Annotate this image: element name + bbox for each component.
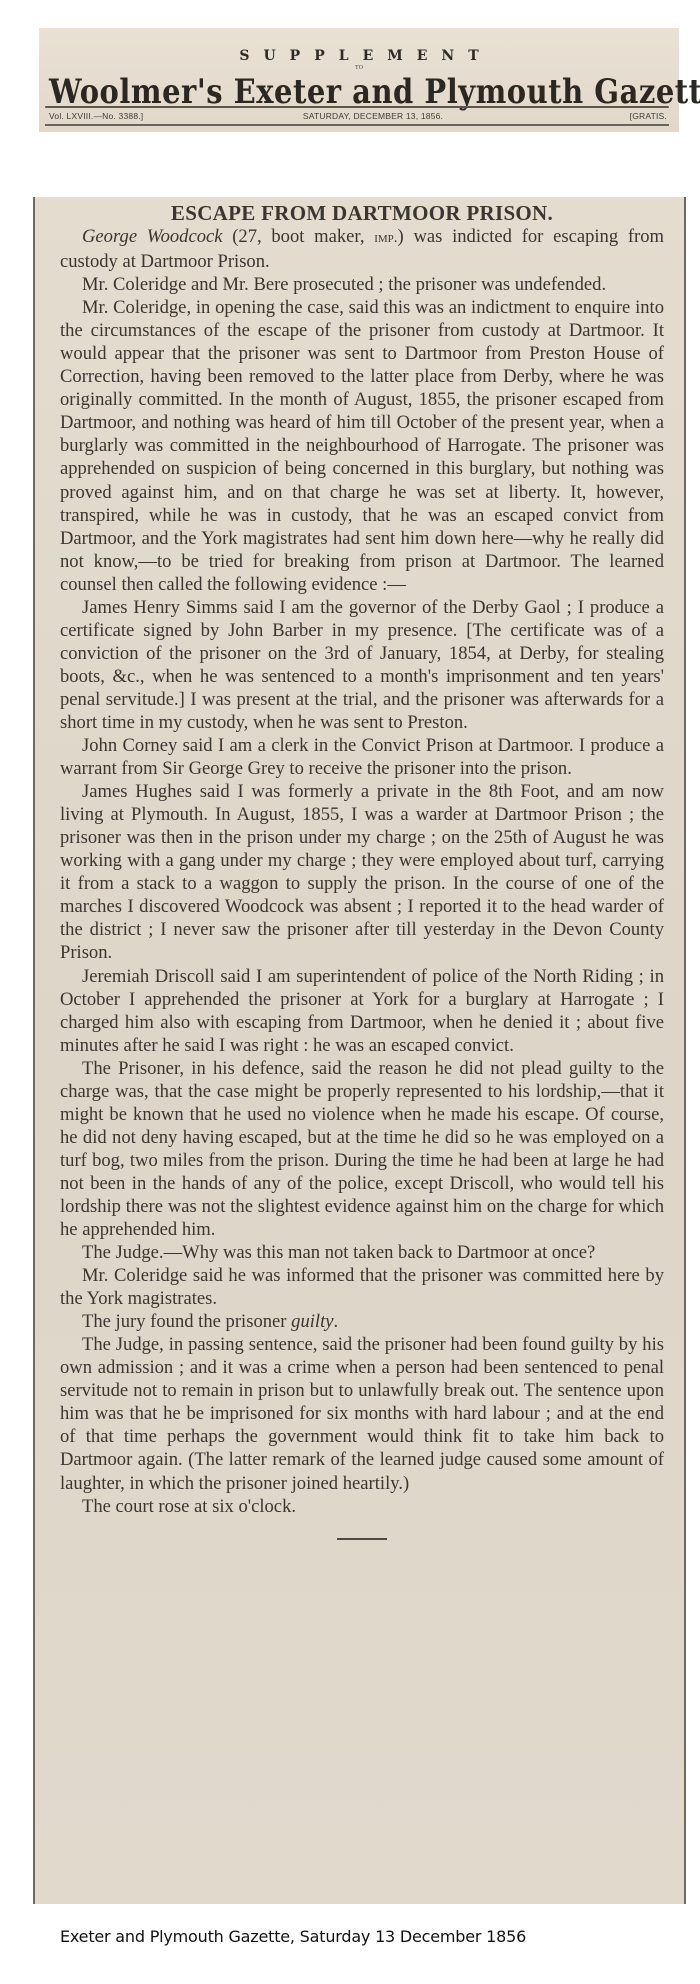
article-paragraph: The Prisoner, in his defence, said the r… xyxy=(60,1057,664,1241)
article-paragraph: Mr. Coleridge, in opening the case, said… xyxy=(60,296,664,596)
supplement-heading: SUPPLEMENT xyxy=(39,48,679,64)
supplement-to-label: TO xyxy=(39,65,679,71)
article-title: ESCAPE FROM DARTMOOR PRISON. xyxy=(60,200,664,225)
paragraph-text: The jury found the prisoner xyxy=(82,1311,291,1332)
price-label: [GRATIS. xyxy=(597,111,667,121)
article-paragraph: Mr. Coleridge said he was informed that … xyxy=(60,1264,664,1310)
article-paragraph: The Judge.—Why was this man not taken ba… xyxy=(60,1241,664,1264)
article-paragraph: Mr. Coleridge and Mr. Bere prosecuted ; … xyxy=(60,273,664,296)
article-paragraph: The Judge, in passing sentence, said the… xyxy=(60,1333,664,1494)
article-paragraph: John Corney said I am a clerk in the Con… xyxy=(60,734,664,780)
article-paragraph: Jeremiah Driscoll said I am superintende… xyxy=(60,965,664,1057)
verdict: guilty xyxy=(291,1311,333,1332)
image-caption: Exeter and Plymouth Gazette, Saturday 13… xyxy=(60,1927,526,1946)
article-body: ESCAPE FROM DARTMOOR PRISON. George Wood… xyxy=(60,200,664,1540)
small-caps-abbrev: imp. xyxy=(374,230,397,246)
paragraph-text: . xyxy=(334,1311,339,1332)
article-clipping: ESCAPE FROM DARTMOOR PRISON. George Wood… xyxy=(33,197,686,1904)
volume-number: Vol. LXVIII.—No. 3388.] xyxy=(49,111,209,121)
article-paragraph: The jury found the prisoner guilty. xyxy=(60,1310,664,1333)
defendant-name: George Woodcock xyxy=(82,226,223,247)
paragraph-text: (27, boot maker, xyxy=(223,226,375,247)
masthead-rule-bottom xyxy=(45,124,669,126)
article-end-rule xyxy=(337,1538,387,1540)
newspaper-masthead: SUPPLEMENT TO Woolmer's Exeter and Plymo… xyxy=(39,28,679,132)
masthead-rule-top xyxy=(45,106,669,108)
article-paragraph: The court rose at six o'clock. xyxy=(60,1495,664,1518)
folio-line: Vol. LXVIII.—No. 3388.] SATURDAY, DECEMB… xyxy=(49,110,667,122)
article-paragraph: James Hughes said I was formerly a priva… xyxy=(60,780,664,964)
article-paragraph: James Henry Simms said I am the governor… xyxy=(60,596,664,734)
article-paragraph: George Woodcock (27, boot maker, imp.) w… xyxy=(60,225,664,273)
issue-date: SATURDAY, DECEMBER 13, 1856. xyxy=(209,111,597,121)
